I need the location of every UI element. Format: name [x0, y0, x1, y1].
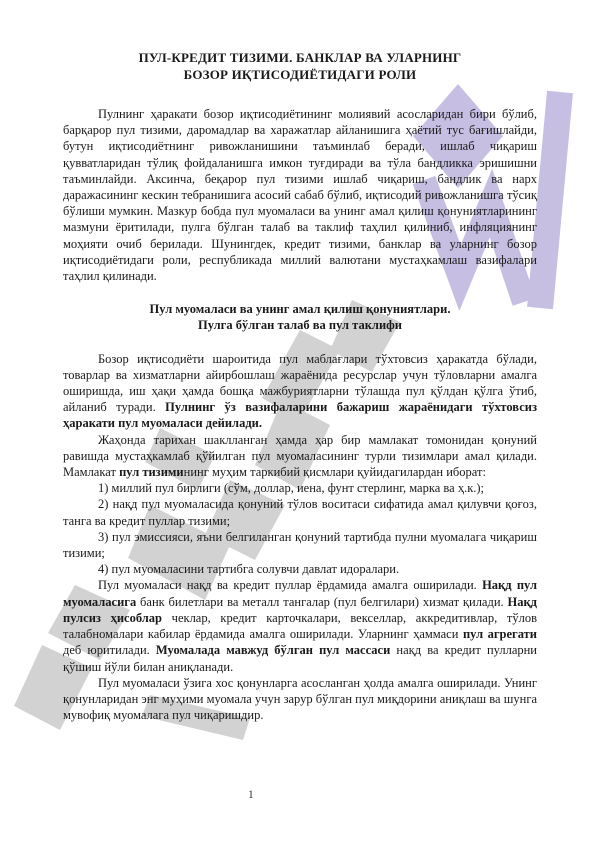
document-content: ПУЛ-КРЕДИТ ТИЗИМИ. БАНКЛАР ВА УЛАРНИНГ Б… — [0, 0, 596, 723]
document-page: ПУЛ-КРЕДИТ ТИЗИМИ. БАНКЛАР ВА УЛАРНИНГ Б… — [0, 0, 596, 842]
paragraph: Пул муомаласи ўзига хос қонунларга асосл… — [63, 675, 537, 724]
paragraph: 1) миллий пул бирлиги (сўм, доллар, иена… — [63, 480, 537, 496]
paragraph: 2) нақд пул муомаласида қонуний тўлов во… — [63, 496, 537, 528]
paragraph: Пул муомаласи нақд ва кредит пуллар ёрда… — [63, 577, 537, 674]
page-number: 1 — [248, 789, 254, 801]
section-heading-line: Пулга бўлган талаб ва пул таклифи — [63, 317, 537, 333]
document-title: ПУЛ-КРЕДИТ ТИЗИМИ. БАНКЛАР ВА УЛАРНИНГ Б… — [63, 50, 537, 83]
section-heading-line: Пул муомаласи ва унинг амал қилиш қонуни… — [63, 301, 537, 317]
document-body: Пулнинг ҳаракати бозор иқтисодиётининг м… — [63, 106, 537, 723]
document-title-line2: БОЗОР ИҚТИСОДИЁТИДАГИ РОЛИ — [63, 67, 537, 84]
paragraph: 3) пул эмиссияси, яъни белгиланган қонун… — [63, 529, 537, 561]
paragraph: 4) пул муомаласини тартибга солувчи давл… — [63, 561, 537, 577]
paragraph: Жаҳонда тарихан шаклланган ҳамда ҳар бир… — [63, 432, 537, 481]
document-title-line1: ПУЛ-КРЕДИТ ТИЗИМИ. БАНКЛАР ВА УЛАРНИНГ — [63, 50, 537, 67]
paragraph: Бозор иқтисодиёти шароитида пул маблағла… — [63, 351, 537, 432]
paragraph: Пулнинг ҳаракати бозор иқтисодиётининг м… — [63, 106, 537, 284]
